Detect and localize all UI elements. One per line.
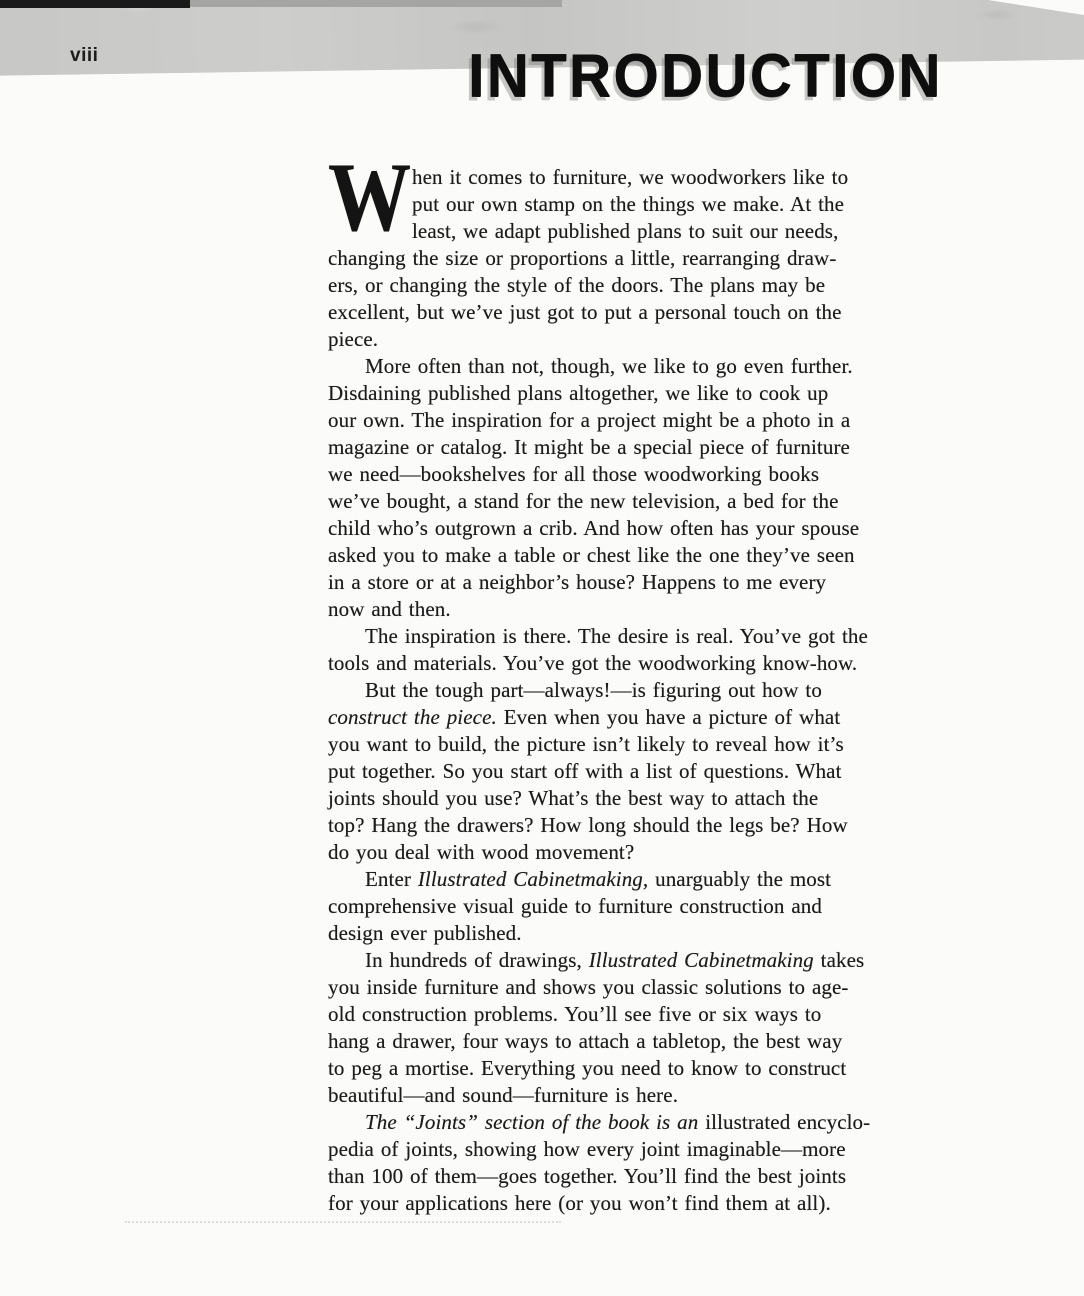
text-segment: now and then.	[328, 597, 451, 621]
text-segment: hen it comes to furniture, we woodworker…	[412, 165, 848, 189]
paragraph: Enter Illustrated Cabinetmaking, unargua…	[328, 866, 940, 947]
text-segment: More often than not, though, we like to …	[365, 354, 853, 378]
paragraph: But the tough part—always!—is figuring o…	[328, 677, 940, 866]
text-line: now and then.	[328, 596, 940, 623]
text-line: excellent, but we’ve just got to put a p…	[328, 299, 940, 326]
text-line: we need—bookshelves for all those woodwo…	[328, 461, 940, 488]
text-segment: put our own stamp on the things we make.…	[412, 192, 844, 216]
paragraph: The inspiration is there. The desire is …	[328, 623, 940, 677]
text-segment: top? Hang the drawers? How long should t…	[328, 813, 848, 837]
text-segment: beautiful—and sound—furniture is here.	[328, 1083, 678, 1107]
text-segment: takes	[814, 948, 865, 972]
text-segment: in a store or at a neighbor’s house? Hap…	[328, 570, 826, 594]
text-line: Disdaining published plans altogether, w…	[328, 380, 940, 407]
text-segment: unarguably the most	[648, 867, 831, 891]
paragraph: In hundreds of drawings, Illustrated Cab…	[328, 947, 940, 1109]
text-line: More often than not, though, we like to …	[328, 353, 940, 380]
text-segment: child who’s outgrown a crib. And how oft…	[328, 516, 859, 540]
text-segment: you want to build, the picture isn’t lik…	[328, 732, 844, 756]
text-line: asked you to make a table or chest like …	[328, 542, 940, 569]
text-line: to peg a mortise. Everything you need to…	[328, 1055, 940, 1082]
text-segment: comprehensive visual guide to furniture …	[328, 894, 822, 918]
text-line: top? Hang the drawers? How long should t…	[328, 812, 940, 839]
text-segment: Enter	[365, 867, 418, 891]
text-segment: magazine or catalog. It might be a speci…	[328, 435, 850, 459]
text-line: child who’s outgrown a crib. And how oft…	[328, 515, 940, 542]
text-segment: hang a drawer, four ways to attach a tab…	[328, 1029, 842, 1053]
text-segment: old construction problems. You’ll see fi…	[328, 1002, 821, 1026]
text-segment: put together. So you start off with a li…	[328, 759, 842, 783]
text-line: you want to build, the picture isn’t lik…	[328, 731, 940, 758]
scan-black-bar	[0, 0, 190, 8]
italic-text: Illustrated Cabinetmaking,	[418, 867, 648, 891]
text-segment: than 100 of them—goes together. You’ll f…	[328, 1164, 846, 1188]
text-segment: asked you to make a table or chest like …	[328, 543, 855, 567]
text-line: you inside furniture and shows you class…	[328, 974, 940, 1001]
text-segment: But the tough part—always!—is figuring o…	[365, 678, 822, 702]
text-line: Enter Illustrated Cabinetmaking, unargua…	[328, 866, 940, 893]
text-segment: In hundreds of drawings,	[365, 948, 589, 972]
text-line: least, we adapt published plans to suit …	[328, 218, 940, 245]
text-line: than 100 of them—goes together. You’ll f…	[328, 1163, 940, 1190]
scan-dark-strip	[190, 0, 562, 7]
text-line: The inspiration is there. The desire is …	[328, 623, 940, 650]
text-line: beautiful—and sound—furniture is here.	[328, 1082, 940, 1109]
text-line: hen it comes to furniture, we woodworker…	[328, 164, 940, 191]
text-line: for your applications here (or you won’t…	[328, 1190, 940, 1217]
text-line: design ever published.	[328, 920, 940, 947]
text-line: put together. So you start off with a li…	[328, 758, 940, 785]
text-segment: tools and materials. You’ve got the wood…	[328, 651, 857, 675]
text-segment: illustrated encyclo-	[698, 1110, 870, 1134]
text-segment: we need—bookshelves for all those woodwo…	[328, 462, 819, 486]
text-segment: do you deal with wood movement?	[328, 840, 634, 864]
text-line: But the tough part—always!—is figuring o…	[328, 677, 940, 704]
page-number: viii	[70, 46, 98, 65]
text-line: construct the piece. Even when you have …	[328, 704, 940, 731]
scan-faint-line	[125, 1221, 561, 1223]
page-title: INTRODUCTION	[468, 46, 943, 107]
text-line: changing the size or proportions a littl…	[328, 245, 940, 272]
paragraph: The “Joints” section of the book is an i…	[328, 1109, 940, 1217]
paragraph: When it comes to furniture, we woodworke…	[328, 164, 940, 353]
text-segment: joints should you use? What’s the best w…	[328, 786, 818, 810]
text-line: The “Joints” section of the book is an i…	[328, 1109, 940, 1136]
text-segment: our own. The inspiration for a project m…	[328, 408, 850, 432]
text-line: ers, or changing the style of the doors.…	[328, 272, 940, 299]
text-line: pedia of joints, showing how every joint…	[328, 1136, 940, 1163]
italic-text: construct the piece.	[328, 705, 497, 729]
text-line: piece.	[328, 326, 940, 353]
text-line: magazine or catalog. It might be a speci…	[328, 434, 940, 461]
text-segment: Disdaining published plans altogether, w…	[328, 381, 828, 405]
text-line: comprehensive visual guide to furniture …	[328, 893, 940, 920]
text-segment: for your applications here (or you won’t…	[328, 1191, 831, 1215]
text-line: In hundreds of drawings, Illustrated Cab…	[328, 947, 940, 974]
text-line: tools and materials. You’ve got the wood…	[328, 650, 940, 677]
text-segment: we’ve bought, a stand for the new televi…	[328, 489, 839, 513]
text-line: put our own stamp on the things we make.…	[328, 191, 940, 218]
text-segment: least, we adapt published plans to suit …	[412, 219, 838, 243]
drop-cap: W	[328, 154, 399, 240]
text-segment: you inside furniture and shows you class…	[328, 975, 849, 999]
text-segment: Even when you have a picture of what	[497, 705, 840, 729]
body-text: When it comes to furniture, we woodworke…	[328, 164, 940, 1217]
text-line: joints should you use? What’s the best w…	[328, 785, 940, 812]
text-line: do you deal with wood movement?	[328, 839, 940, 866]
text-segment: to peg a mortise. Everything you need to…	[328, 1056, 846, 1080]
text-line: we’ve bought, a stand for the new televi…	[328, 488, 940, 515]
text-line: our own. The inspiration for a project m…	[328, 407, 940, 434]
italic-text: Illustrated Cabinetmaking	[589, 948, 814, 972]
text-segment: design ever published.	[328, 921, 522, 945]
text-segment: The inspiration is there. The desire is …	[365, 624, 868, 648]
text-segment: piece.	[328, 327, 378, 351]
italic-text: The “Joints” section of the book is an	[365, 1110, 698, 1134]
text-segment: pedia of joints, showing how every joint…	[328, 1137, 846, 1161]
text-segment: ers, or changing the style of the doors.…	[328, 273, 825, 297]
text-line: hang a drawer, four ways to attach a tab…	[328, 1028, 940, 1055]
text-line: in a store or at a neighbor’s house? Hap…	[328, 569, 940, 596]
scanned-page: viii INTRODUCTION When it comes to furni…	[0, 0, 1084, 1296]
paragraph: More often than not, though, we like to …	[328, 353, 940, 623]
text-segment: excellent, but we’ve just got to put a p…	[328, 300, 842, 324]
text-line: old construction problems. You’ll see fi…	[328, 1001, 940, 1028]
